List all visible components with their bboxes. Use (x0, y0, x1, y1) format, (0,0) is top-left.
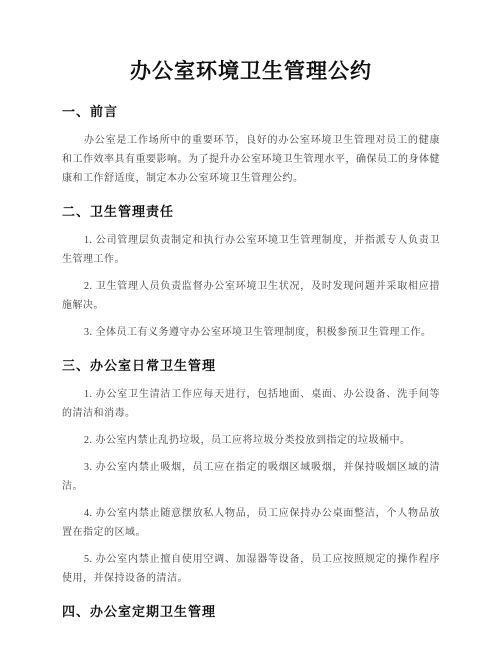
document-title: 办公室环境卫生管理公约 (62, 58, 440, 84)
section-heading-daily-management: 三、办公室日常卫生管理 (62, 358, 440, 375)
document-page: 办公室环境卫生管理公约 一、前言 办公室是工作场所中的重要环节，良好的办公室环境… (0, 0, 502, 649)
section-heading-preface: 一、前言 (62, 104, 440, 121)
section-responsibilities: 二、卫生管理责任 1. 公司管理层负责制定和执行办公室环境卫生管理制度，并指派专… (62, 204, 440, 342)
paragraph: 2. 办公室内禁止乱扔垃圾，员工应将垃圾分类投放到指定的垃圾桶中。 (62, 431, 440, 450)
paragraph: 3. 办公室内禁止吸烟，员工应在指定的吸烟区域吸烟，并保持吸烟区域的清洁。 (62, 458, 440, 496)
paragraph: 3. 全体员工有义务遵守办公室环境卫生管理制度，积极参预卫生管理工作。 (62, 323, 440, 342)
section-preface: 一、前言 办公室是工作场所中的重要环节，良好的办公室环境卫生管理对员工的健康和工… (62, 104, 440, 188)
section-heading-responsibilities: 二、卫生管理责任 (62, 204, 440, 221)
section-periodic-management: 四、办公室定期卫生管理 (62, 604, 440, 621)
paragraph: 办公室是工作场所中的重要环节，良好的办公室环境卫生管理对员工的健康和工作效率具有… (62, 131, 440, 188)
section-daily-management: 三、办公室日常卫生管理 1. 办公室卫生清洁工作应每天进行，包括地面、桌面、办公… (62, 358, 440, 588)
paragraph: 2. 卫生管理人员负责监督办公室环境卫生状况，及时发现问题并采取相应措施解决。 (62, 277, 440, 315)
paragraph: 1. 办公室卫生清洁工作应每天进行，包括地面、桌面、办公设备、洗手间等的清洁和消… (62, 385, 440, 423)
paragraph: 4. 办公室内禁止随意摆放私人物品，员工应保持办公桌面整洁，个人物品放置在指定的… (62, 504, 440, 542)
paragraph: 1. 公司管理层负责制定和执行办公室环境卫生管理制度，并指派专人负责卫生管理工作… (62, 231, 440, 269)
section-heading-periodic-management: 四、办公室定期卫生管理 (62, 604, 440, 621)
paragraph: 5. 办公室内禁止擅自使用空调、加湿器等设备，员工应按照规定的操作程序使用，并保… (62, 550, 440, 588)
